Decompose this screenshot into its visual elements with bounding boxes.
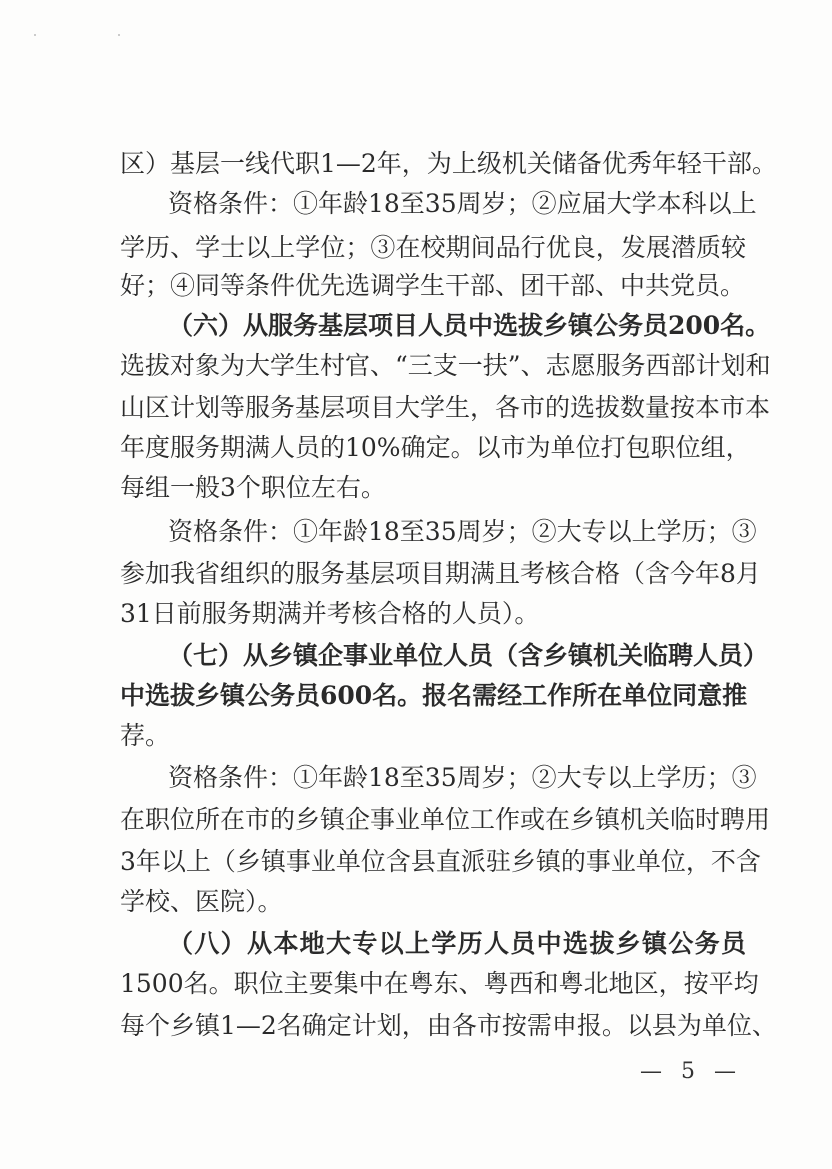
- text-line: 山区计划等服务基层项目大学生，各市的选拔数量按本市本: [120, 392, 746, 424]
- text-line: 每个乡镇1—2名确定计划，由各市按需申报。以县为单位、: [120, 1010, 746, 1042]
- text-line: 学校、医院）。: [120, 886, 746, 918]
- text-line: 年度服务期满人员的10%确定。以市为单位打包职位组，: [120, 432, 746, 464]
- page-number: — 5 —: [640, 1058, 742, 1086]
- text-line: 中选拔乡镇公务员600名。报名需经工作所在单位同意推: [120, 680, 746, 712]
- text-line: 区）基层一线代职1—2年，为上级机关储备优秀年轻干部。: [120, 148, 746, 180]
- text-line: 好；④同等条件优先选调学生干部、团干部、中共党员。: [120, 270, 746, 302]
- scan-speck: [34, 34, 36, 36]
- text-line: 3年以上（乡镇事业单位含县直派驻乡镇的事业单位，不含: [120, 846, 746, 878]
- text-line: （八）从本地大专以上学历人员中选拔乡镇公务员: [168, 928, 746, 960]
- text-line: 荐。: [120, 720, 746, 752]
- text-line: 资格条件：①年龄18至35周岁；②应届大学本科以上: [168, 188, 746, 220]
- text-line: 1500名。职位主要集中在粤东、粤西和粤北地区，按平均: [120, 968, 746, 1000]
- text-line: 资格条件：①年龄18至35周岁；②大专以上学历；③: [168, 762, 746, 794]
- document-page: 区）基层一线代职1—2年，为上级机关储备优秀年轻干部。资格条件：①年龄18至35…: [0, 0, 832, 1169]
- text-line: 学历、学士以上学位；③在校期间品行优良，发展潜质较: [120, 232, 746, 264]
- scan-speck: [118, 34, 120, 36]
- text-line: 选拔对象为大学生村官、“三支一扶”、志愿服务西部计划和: [120, 350, 746, 382]
- text-line: 31日前服务期满并考核合格的人员）。: [120, 598, 746, 630]
- text-line: （六）从服务基层项目人员中选拔乡镇公务员200名。: [168, 310, 746, 342]
- text-line: 每组一般3个职位左右。: [120, 472, 746, 504]
- text-line: （七）从乡镇企事业单位人员（含乡镇机关临聘人员）: [168, 640, 746, 672]
- text-line: 在职位所在市的乡镇企事业单位工作或在乡镇机关临时聘用: [120, 804, 746, 836]
- text-line: 参加我省组织的服务基层项目期满且考核合格（含今年8月: [120, 558, 746, 590]
- text-line: 资格条件：①年龄18至35周岁；②大专以上学历；③: [168, 516, 746, 548]
